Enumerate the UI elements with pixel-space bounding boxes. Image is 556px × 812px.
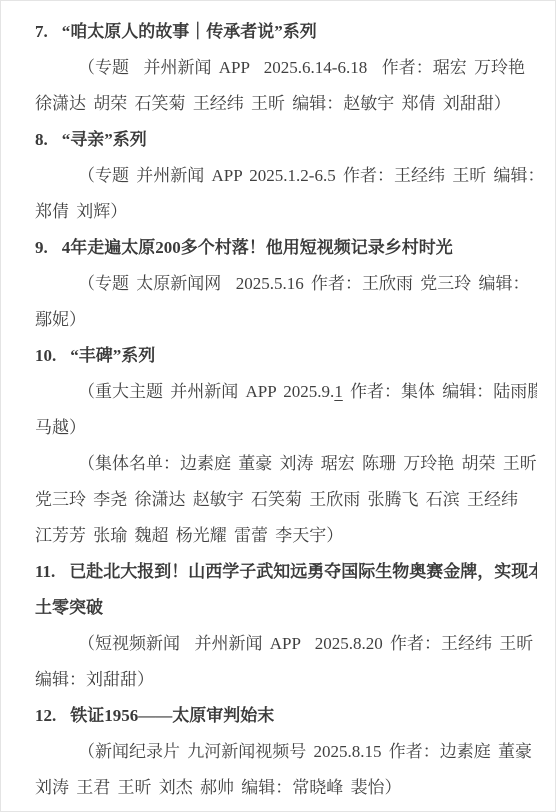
item-10-roster-line-1: （集体名单：边素庭 董豪 刘涛 琚宏 陈珊 万玲艳 胡荣 王昕 — [35, 446, 537, 482]
item-8-title-line: 8.“寻亲”系列 — [35, 122, 537, 158]
item-8-title-text: “寻亲”系列 — [62, 130, 147, 149]
document-page: 7.“咱太原人的故事｜传承者说”系列 （专题 并州新闻 APP 2025.6.1… — [0, 0, 556, 812]
list-item-9: 9.4年走遍太原200多个村落！他用短视频记录乡村时光 （专题 太原新闻网 20… — [35, 230, 537, 338]
item-9-detail-line-1: （专题 太原新闻网 2025.5.16 作者：王欣雨 党三玲 编辑： — [35, 266, 537, 302]
item-11-detail-line-1: （短视频新闻 并州新闻 APP 2025.8.20 作者：王经纬 王昕 — [35, 626, 537, 662]
list-item-8: 8.“寻亲”系列 （专题 并州新闻 APP 2025.1.2-6.5 作者：王经… — [35, 122, 537, 230]
item-8-detail-line-2: 郑倩 刘辉） — [35, 194, 537, 230]
item-11-title-line-2: 土零突破 — [35, 590, 537, 626]
list-item-7: 7.“咱太原人的故事｜传承者说”系列 （专题 并州新闻 APP 2025.6.1… — [35, 14, 537, 122]
list-item-11: 11.已赴北大报到！山西学子武知远勇夺国际生物奥赛金牌，实现本 土零突破 （短视… — [35, 554, 537, 698]
item-12-detail-line-2: 刘涛 王君 王昕 刘杰 郝帅 编辑：常晓峰 裴怡） — [35, 770, 537, 806]
item-12-number: 12. — [35, 698, 56, 734]
item-7-number: 7. — [35, 14, 48, 50]
item-12-title-line: 12.铁证1956——太原审判始末 — [35, 698, 537, 734]
item-8-number: 8. — [35, 122, 48, 158]
item-9-number: 9. — [35, 230, 48, 266]
list-item-12: 12.铁证1956——太原审判始末 （新闻纪录片 九河新闻视频号 2025.8.… — [35, 698, 537, 806]
item-11-number: 11. — [35, 554, 55, 590]
item-12-detail-line-1: （新闻纪录片 九河新闻视频号 2025.8.15 作者：边素庭 董豪 — [35, 734, 537, 770]
item-10-roster-line-2: 党三玲 李尧 徐潇达 赵敏宇 石笑菊 王欣雨 张腾飞 石滨 王经纬 — [35, 482, 537, 518]
item-12-title-text: 铁证1956——太原审判始末 — [70, 706, 274, 725]
item-11-title-line-1: 11.已赴北大报到！山西学子武知远勇夺国际生物奥赛金牌，实现本 — [35, 554, 537, 590]
item-7-title-text: “咱太原人的故事｜传承者说”系列 — [62, 22, 317, 41]
item-10-detail-before-underline: （重大主题 并州新闻 APP 2025.9. — [78, 382, 334, 401]
item-9-title-text: 4年走遍太原200多个村落！他用短视频记录乡村时光 — [62, 238, 453, 257]
list-item-10: 10.“丰碑”系列 （重大主题 并州新闻 APP 2025.9.1 作者：集体 … — [35, 338, 537, 554]
item-10-detail-line-1: （重大主题 并州新闻 APP 2025.9.1 作者：集体 编辑：陆雨朦 — [35, 374, 537, 410]
item-10-roster-line-3: 江芳芳 张瑜 魏超 杨光耀 雷蕾 李天宇） — [35, 518, 537, 554]
item-10-title-line: 10.“丰碑”系列 — [35, 338, 537, 374]
item-9-detail-line-2: 鄢妮） — [35, 302, 537, 338]
item-10-number: 10. — [35, 338, 56, 374]
item-7-detail-line-2: 徐潇达 胡荣 石笑菊 王经纬 王昕 编辑：赵敏宇 郑倩 刘甜甜） — [35, 86, 537, 122]
item-9-title-line: 9.4年走遍太原200多个村落！他用短视频记录乡村时光 — [35, 230, 537, 266]
item-10-detail-underlined-digit: 1 — [334, 382, 343, 401]
item-10-detail-after-underline: 作者：集体 编辑：陆雨朦 — [343, 382, 537, 401]
item-11-detail-line-2: 编辑：刘甜甜） — [35, 662, 537, 698]
item-8-detail-line-1: （专题 并州新闻 APP 2025.1.2-6.5 作者：王经纬 王昕 编辑： — [35, 158, 537, 194]
item-7-title-line: 7.“咱太原人的故事｜传承者说”系列 — [35, 14, 537, 50]
item-10-title-text: “丰碑”系列 — [70, 346, 155, 365]
item-7-detail-line-1: （专题 并州新闻 APP 2025.6.14-6.18 作者：琚宏 万玲艳 — [35, 50, 537, 86]
item-11-title-text-1: 已赴北大报到！山西学子武知远勇夺国际生物奥赛金牌，实现本 — [69, 562, 537, 581]
item-10-detail-line-2: 马越） — [35, 410, 537, 446]
